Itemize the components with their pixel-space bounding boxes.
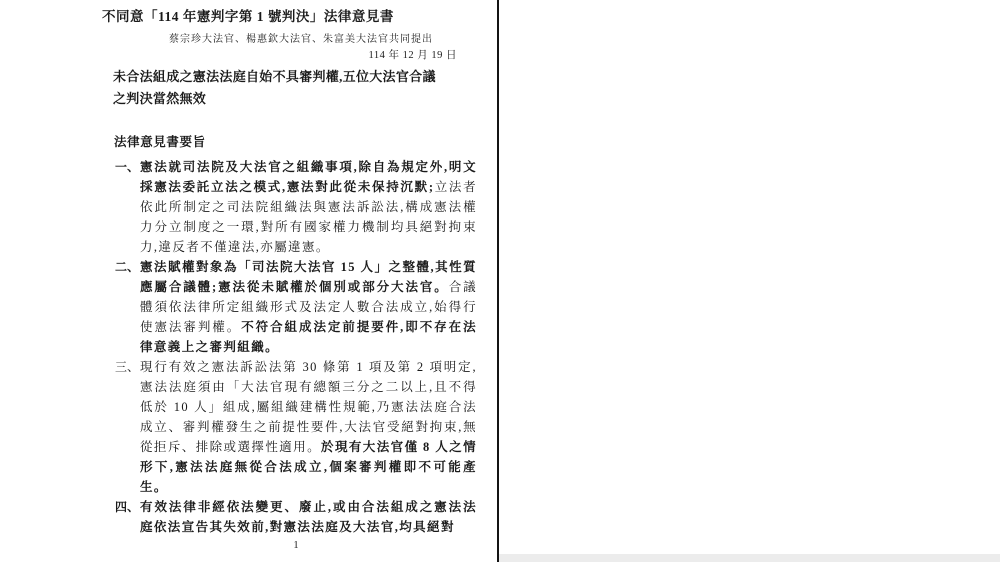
item-text: 憲法就司法院及大法官之組織事項,除自為規定外,明文採憲法委託立法之模式,憲法對此… (140, 157, 477, 257)
authors-line: 蔡宗珍大法官、楊惠欽大法官、朱富美大法官共同提出 (169, 30, 433, 45)
opinion-item: 一、憲法就司法院及大法官之組織事項,除自為規定外,明文採憲法委託立法之模式,憲法… (115, 157, 477, 257)
item-number: 一、 (115, 157, 139, 177)
lead-heading: 未合法組成之憲法法庭自始不具審判權,五位大法官合議 之判決當然無效 (113, 66, 485, 110)
page-2: 拘束力。即便該法律成為憲法審查之聲請審查標的,其效力亦不因此喪失或「暫停」;未合… (499, 0, 1000, 562)
page-number-1: 1 (115, 540, 477, 551)
item-number: 二、 (115, 257, 139, 277)
opinion-item: 二、憲法賦權對象為「司法院大法官 15 人」之整體,其性質應屬合議體;憲法從未賦… (115, 257, 477, 357)
item-text: 憲法賦權對象為「司法院大法官 15 人」之整體,其性質應屬合議體;憲法從未賦權於… (140, 257, 477, 357)
document-title: 不同意「114 年憲判字第 1 號判決」法律意見書 (58, 5, 438, 25)
page-edge-bottom (499, 554, 1000, 562)
item-number: 四、 (115, 497, 139, 517)
opinion-item: 三、現行有效之憲法訴訟法第 30 條第 1 項及第 2 項明定,憲法法庭須由「大… (115, 357, 477, 497)
bold-text-run: 有效法律非經依法變更、廢止,或由合法組成之憲法法庭依法宣告其失效前,對憲法法庭及… (140, 500, 477, 534)
item-text: 有效法律非經依法變更、廢止,或由合法組成之憲法法庭依法宣告其失效前,對憲法法庭及… (140, 497, 477, 537)
bold-text-run: 憲法賦權對象為「司法院大法官 15 人」之整體,其性質應屬合議體;憲法從未賦權於… (140, 260, 477, 294)
opinion-item: 四、有效法律非經依法變更、廢止,或由合法組成之憲法法庭依法宣告其失效前,對憲法法… (115, 497, 477, 537)
opinion-items-page1: 一、憲法就司法院及大法官之組織事項,除自為規定外,明文採憲法委託立法之模式,憲法… (115, 157, 477, 537)
item-number: 三、 (115, 357, 139, 377)
page-1: 不同意「114 年憲判字第 1 號判決」法律意見書 蔡宗珍大法官、楊惠欽大法官、… (0, 0, 497, 562)
item-text: 現行有效之憲法訴訟法第 30 條第 1 項及第 2 項明定,憲法法庭須由「大法官… (140, 357, 477, 497)
bold-text-run: 憲法就司法院及大法官之組織事項,除自為規定外,明文採憲法委託立法之模式,憲法對此… (140, 160, 477, 194)
date-line: 114 年 12 月 19 日 (369, 47, 458, 62)
section-heading: 法律意見書要旨 (114, 132, 206, 150)
